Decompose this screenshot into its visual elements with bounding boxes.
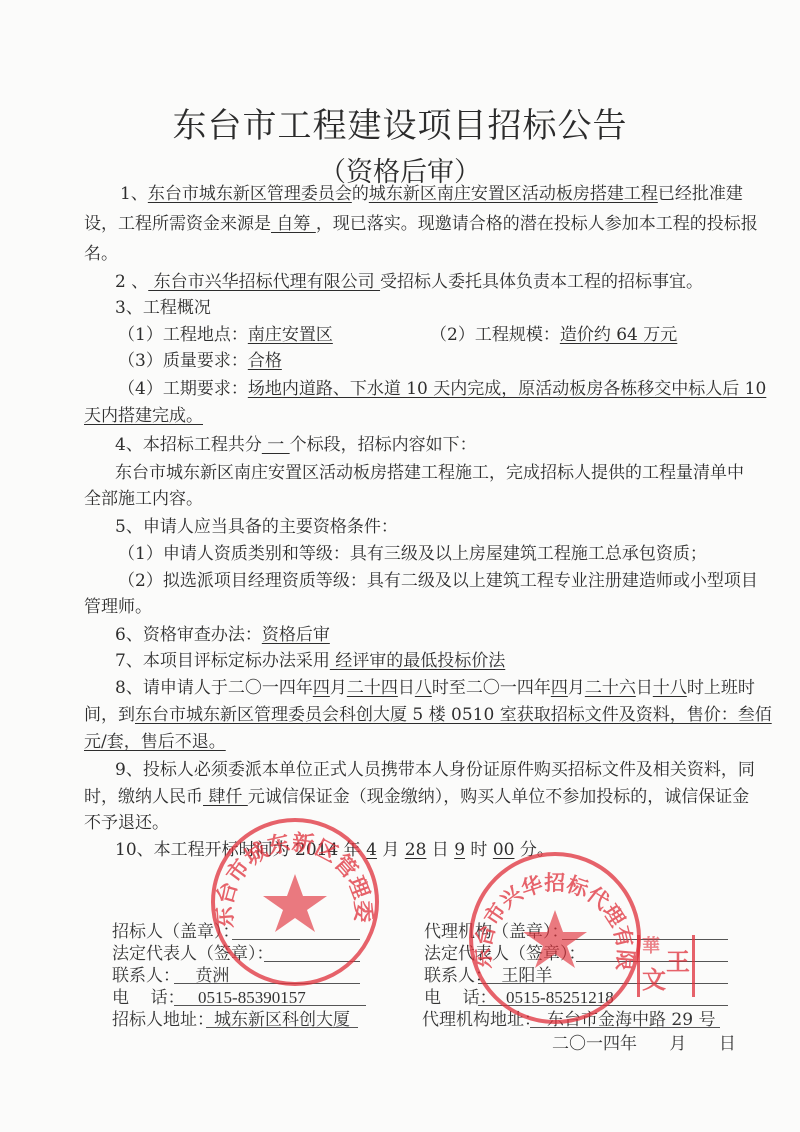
qualification-item-2-line-1: （2）拟选派项目经理资质等级：具有二级及以上建筑工程专业注册建造师或小型项目: [118, 571, 758, 591]
tenderer-rep-line: [264, 961, 360, 962]
section-1-line-2: 设，工程所需资金来源是 自筹 ，现已落实。现邀请合格的潜在投标人参加本工程的投标…: [84, 214, 758, 234]
section-10: 10、本工程开标时间为 2014 年 4 月 28 日 9 时 00 分。: [115, 840, 554, 860]
agency-contact-line: [478, 983, 728, 984]
period-requirement-line-2: 天内搭建完成。: [84, 406, 203, 426]
funding-source: 自筹: [271, 214, 316, 234]
svg-text:东台市城东新区管理委员会: 东台市城东新区管理委员会: [205, 812, 375, 929]
section-9-line-1: 9、投标人必须委派本单位正式人员携带本人身份证原件购买招标文件及相关资料，同: [115, 760, 755, 780]
signature-date: 二〇一四年 月 日: [552, 1034, 736, 1054]
section-1-line-1: 1、东台市城东新区管理委员会的城东新区南庄安置区活动板房搭建工程已经批准建: [120, 184, 743, 204]
tenderer-official-seal-icon: 东台市城东新区管理委员会: [205, 812, 385, 992]
deposit-amount: 肆仟: [203, 787, 248, 807]
project-name: 城东新区南庄安置区活动板房搭建工程: [369, 184, 658, 204]
section-7: 7、本项目评标定标办法采用 经评审的最低投标价法: [115, 651, 505, 671]
section-4-heading: 4、本招标工程共分 一 个标段，招标内容如下：: [115, 435, 477, 455]
tender-announcement-page: 东台市工程建设项目招标公告 （资格后审） 1、东台市城东新区管理委员会的城东新区…: [0, 0, 800, 1132]
tenderer-seal-label: 招标人（盖章）：: [112, 922, 240, 942]
section-1-line-3: 名。: [84, 244, 118, 264]
section-9-line-2: 时，缴纳人民币 肆仟 元诚信保证金（现金缴纳），购买人单位不参加投标的，诚信保证…: [84, 787, 749, 807]
tenderer-address-line: [206, 1027, 358, 1028]
qualification-item-2-line-2: 管理师。: [84, 597, 152, 617]
tenderer-contact-line: [174, 983, 360, 984]
section-4-content-line-2: 全部施工内容。: [84, 489, 203, 509]
tenderer-phone-line: [174, 1005, 366, 1006]
section-8-line-2: 间，到东台市城东新区管理委员会科创大厦 5 楼 0510 室获取招标文件及资料，…: [84, 705, 772, 725]
tenderer-rep-label: 法定代表人（签章）：: [112, 944, 274, 964]
section-3-heading: 3、工程概况: [115, 298, 211, 318]
agency-phone-line: [478, 1005, 728, 1006]
section-4-content-line-1: 东台市城东新区南庄安置区活动板房搭建工程施工，完成招标人提供的工程量清单中: [115, 463, 744, 483]
section-5-heading: 5、申请人应当具备的主要资格条件：: [115, 517, 398, 537]
project-scale: （2）工程规模：造价约 64 万元: [430, 325, 677, 345]
agency-rep-label: 法定代表人（签章）：: [424, 944, 586, 964]
quality-requirement: （3）质量要求：合格: [118, 351, 282, 371]
qualification-item-1: （1）申请人资质类别和等级：具有三级及以上房屋建筑工程施工总承包资质；: [118, 544, 707, 564]
section-6: 6、资格审查办法：资格后审: [115, 625, 330, 645]
agency-seal-label: 代理机构（盖章）：: [424, 922, 569, 942]
section-8-line-1: 8、请申请人于二〇一四年四月二十四日八时至二〇一四年四月二十六日十八时上班时: [115, 678, 755, 698]
document-title: 东台市工程建设项目招标公告: [0, 98, 800, 147]
section-2: 2 、 东台市兴华招标代理有限公司 受招标人委托具体负责本工程的招标事宜。: [115, 272, 703, 292]
agency-address-line: [530, 1027, 720, 1028]
agency-rep-line: [576, 961, 728, 962]
section-9-line-3: 不予退还。: [84, 813, 169, 833]
section-8-line-3: 元/套，售后不退。: [84, 732, 226, 752]
tenderer-name: 东台市城东新区管理委员会: [148, 184, 352, 204]
period-requirement-line-1: （4）工期要求：场地内道路、下水道 10 天内完成，原活动板房各栋移交中标人后 …: [118, 379, 766, 399]
personal-seal-icon: 華 王 文: [637, 935, 695, 997]
agency-name: 东台市兴华招标代理有限公司: [148, 272, 380, 292]
project-location: （1）工程地点：南庄安置区: [118, 325, 333, 345]
tenderer-seal-line: [232, 939, 360, 940]
lot-count: 一: [262, 435, 290, 455]
agency-seal-line: [562, 939, 728, 940]
